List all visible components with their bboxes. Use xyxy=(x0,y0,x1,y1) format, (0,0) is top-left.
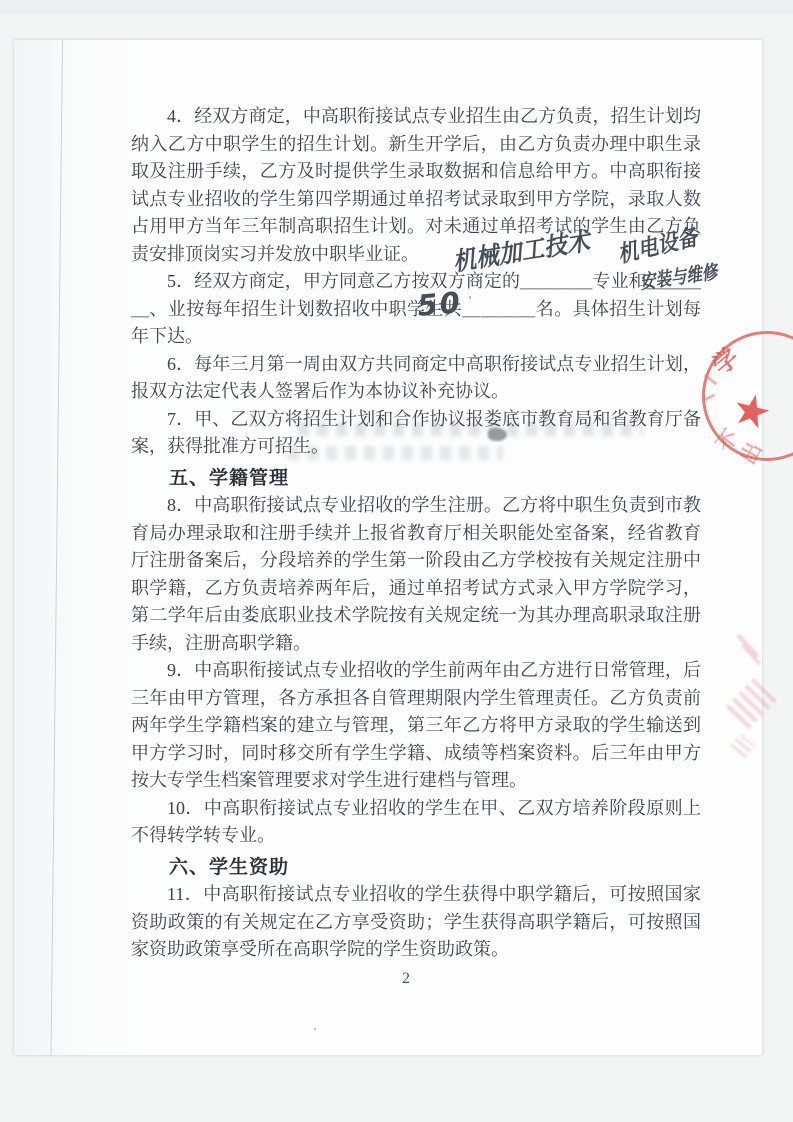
clause-6: 6．每年三月第一周由双方共同商定中高职衔接试点专业招生计划，报双方法定代表人签署… xyxy=(131,351,701,406)
scanner-background-band xyxy=(0,0,793,14)
section-heading-student-aid: 六、学生资助 xyxy=(131,854,701,882)
page-number: 2 xyxy=(391,970,421,988)
clause-7: 7．甲、乙双方将招生计划和合作协议报娄底市教育局和省教育厅备案，获得批准方可招生… xyxy=(131,406,701,461)
clause-10: 10．中高职衔接试点专业招收的学生在甲、乙双方培养阶段原则上不得转学转专业。 xyxy=(131,795,701,850)
document-page: 4．经双方商定，中高职衔接试点专业招生由乙方负责，招生计划均纳入乙方中职学生的招… xyxy=(14,40,762,1055)
dust-speck xyxy=(314,1028,316,1030)
document-body: 4．经双方商定，中高职衔接试点专业招生由乙方负责，招生计划均纳入乙方中职学生的招… xyxy=(131,103,701,964)
clause-5: 5．经双方商定，甲方同意乙方按双方商定的＿＿＿＿专业和＿＿＿＿、业按每年招生计划… xyxy=(131,268,701,351)
red-ink-bleed-mark xyxy=(730,733,756,758)
section-heading-student-status: 五、学籍管理 xyxy=(131,465,701,493)
handwritten-student-count: 50 xyxy=(416,285,463,323)
clause-9: 9．中高职衔接试点专业招收的学生前两年由乙方进行日常管理，后三年由甲方管理，各方… xyxy=(131,657,701,795)
red-ink-bleed-mark xyxy=(726,677,778,729)
clause-11: 11．中高职衔接试点专业招收的学生获得中职学籍后，可按照国家资助政策的有关规定在… xyxy=(131,881,701,964)
clause-8: 8．中高职衔接试点专业招收的学生注册。乙方将中职生负责到市教育局办理录取和注册手… xyxy=(131,492,701,657)
scanned-agreement-page: { "doc": { "p4": "4．经双方商定，中高职衔接试点专业招生由乙方… xyxy=(0,0,793,1122)
page-crease-line xyxy=(50,40,63,1055)
